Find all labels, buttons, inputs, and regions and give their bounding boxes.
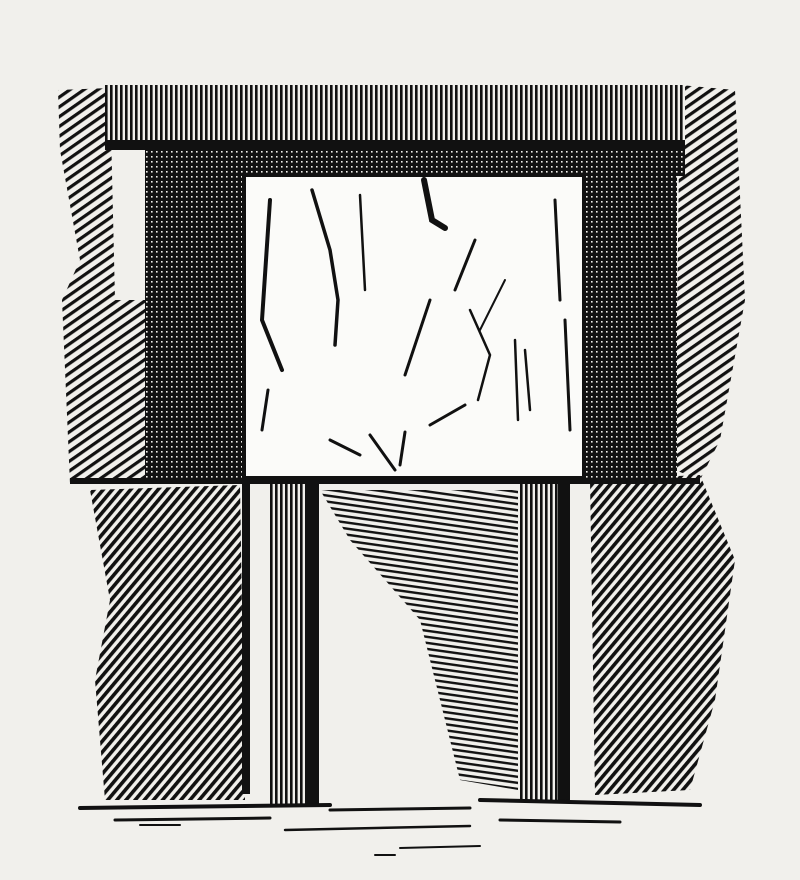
blank-panel: [244, 175, 584, 478]
interior-shadow: [320, 490, 518, 790]
ground: [80, 800, 700, 855]
right-jamb: [582, 148, 677, 478]
engraving-illustration: [0, 0, 800, 880]
sill: [70, 478, 700, 484]
left-jamb: [145, 148, 245, 480]
lintel: [105, 85, 685, 147]
right-post: [518, 484, 570, 800]
left-post: [242, 484, 319, 804]
